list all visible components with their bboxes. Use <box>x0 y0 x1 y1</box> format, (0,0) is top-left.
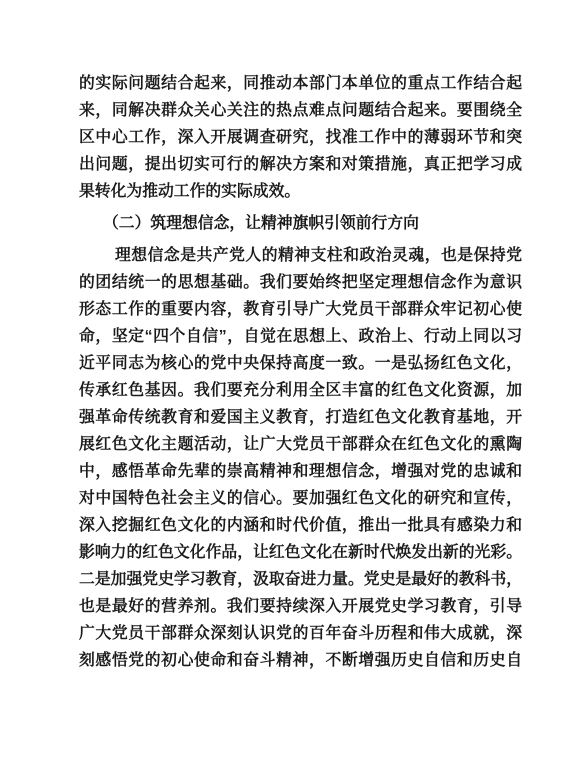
document-line: 出问题，提出切实可行的解决方案和对策措施，真正把学习成 <box>79 151 522 178</box>
document-line: 形态工作的重要内容，教育引导广大党员干部群众牢记初心使 <box>79 296 522 323</box>
document-line: 刻感悟党的初心使命和奋斗精神，不断增强历史自信和历史自 <box>79 647 522 674</box>
document-line: 的团结统一的思想基础。我们要始终把坚定理想信念作为意识 <box>79 269 522 296</box>
document-line: 对中国特色社会主义的信心。要加强红色文化的研究和宣传， <box>79 485 522 512</box>
document-line: 也是最好的营养剂。我们要持续深入开展党史学习教育，引导 <box>79 593 522 620</box>
document-line: 命，坚定“四个自信”，自觉在思想上、政治上、行动上同以习 <box>79 323 522 350</box>
document-line: 广大党员干部群众深刻认识党的百年奋斗历程和伟大成就，深 <box>79 620 522 647</box>
document-line: 传承红色基因。我们要充分利用全区丰富的红色文化资源，加 <box>79 377 522 404</box>
document-line: 的实际问题结合起来，同推动本部门本单位的重点工作结合起 <box>79 70 522 97</box>
document-line: 二是加强党史学习教育，汲取奋进力量。党史是最好的教科书， <box>79 566 522 593</box>
document-line: 果转化为推动工作的实际成效。 <box>79 178 522 205</box>
document-line: 近平同志为核心的党中央保持高度一致。一是弘扬红色文化， <box>79 350 522 377</box>
document-line: 展红色文化主题活动，让广大党员干部群众在红色文化的熏陶 <box>79 431 522 458</box>
document-line: 影响力的红色文化作品，让红色文化在新时代焕发出新的光彩。 <box>79 539 522 566</box>
document-line: 强革命传统教育和爱国主义教育，打造红色文化教育基地，开 <box>79 404 522 431</box>
section-heading: （二）筑理想信念，让精神旗帜引领前行方向 <box>79 210 522 237</box>
text-block: 的实际问题结合起来，同推动本部门本单位的重点工作结合起 来，同解决群众关心关注的… <box>79 70 522 674</box>
document-page: 的实际问题结合起来，同推动本部门本单位的重点工作结合起 来，同解决群众关心关注的… <box>0 0 586 759</box>
document-line: 区中心工作，深入开展调查研究，找准工作中的薄弱环节和突 <box>79 124 522 151</box>
document-line: 来，同解决群众关心关注的热点难点问题结合起来。要围绕全 <box>79 97 522 124</box>
document-line: 中，感悟革命先辈的崇高精神和理想信念，增强对党的忠诚和 <box>79 458 522 485</box>
document-line: 深入挖掘红色文化的内涵和时代价值，推出一批具有感染力和 <box>79 512 522 539</box>
document-line: 理想信念是共产党人的精神支柱和政治灵魂，也是保持党 <box>79 242 522 269</box>
